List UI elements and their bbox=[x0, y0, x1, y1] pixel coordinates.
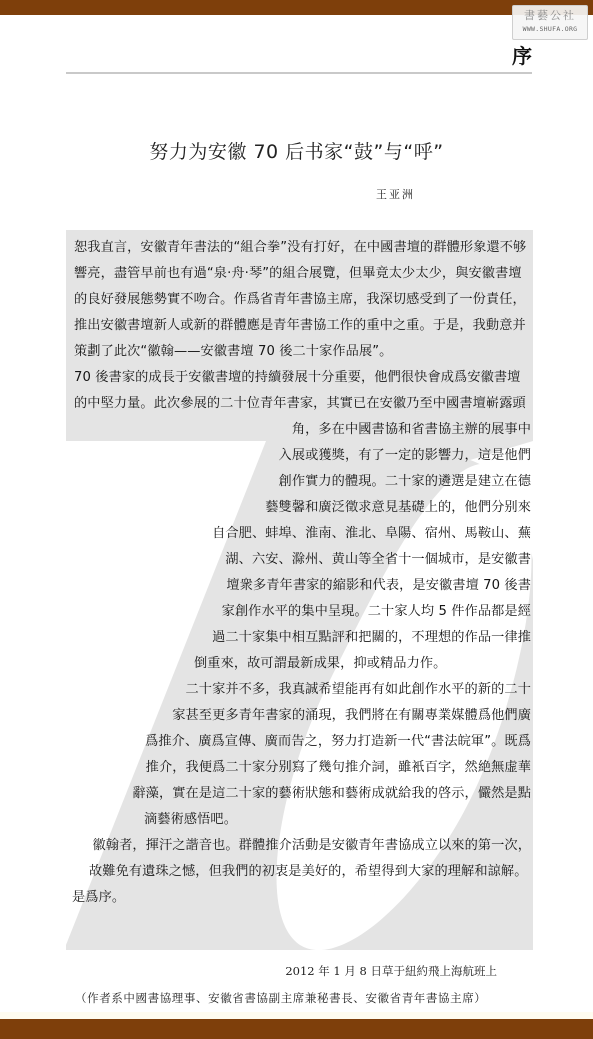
body-line: 二十家并不多，我真誠希望能再有如此創作水平的新的二十 bbox=[186, 677, 531, 703]
body-line: 角，多在中國書協和省書協主辦的展事中 bbox=[292, 417, 531, 443]
body-line: 推介，我便爲二十家分别寫了幾句推介詞，雖衹百字，然絶無虚華 bbox=[146, 755, 531, 781]
date-line: 2012 年 1 月 8 日草于紐約飛上海航班上 bbox=[285, 963, 497, 979]
body-line: 推出安徽書壇新人或新的群體應是青年書協工作的重中之重。于是，我動意并 bbox=[74, 313, 526, 339]
article-body: 恕我直言，安徽青年書法的“組合拳”没有打好，在中國書壇的群體形象還不够 響亮，盡… bbox=[66, 230, 534, 950]
body-line: 的中堅力量。此次參展的二十位青年書家，其實已在安徽乃至中國書壇嶄露頭 bbox=[74, 391, 526, 417]
bottom-cream-strip bbox=[0, 1012, 593, 1019]
author-footnote: （作者系中國書協理事、安徽省書協副主席兼秘書長、安徽省青年書協主席） bbox=[75, 990, 486, 1006]
bottom-border-bar bbox=[0, 1019, 593, 1039]
body-line: 是爲序。 bbox=[72, 885, 125, 911]
body-line: 創作實力的體現。二十家的遴選是建立在德 bbox=[279, 469, 531, 495]
body-line: 故難免有遺珠之憾，但我們的初衷是美好的，希望得到大家的理解和諒解。 bbox=[89, 859, 527, 885]
body-line: 響亮，盡管早前也有過“泉·舟·琴”的組合展覽，但畢竟太少太少，與安徽書壇 bbox=[74, 261, 522, 287]
body-line: 辭藻，實在是這二十家的藝術狀態和藝術成就給我的啓示，儼然是點 bbox=[132, 781, 531, 807]
body-line: 藝雙馨和廣泛徵求意見基礎上的，他們分别來 bbox=[265, 495, 531, 521]
body-line: 70 後書家的成長于安徽書壇的持續發展十分重要，他們很快會成爲安徽書壇 bbox=[74, 365, 520, 391]
body-line: 過二十家集中相互點評和把關的，不理想的作品一律推 bbox=[212, 625, 531, 651]
body-line: 的良好發展態勢實不吻合。作爲省青年書協主席，我深切感受到了一份責任， bbox=[74, 287, 526, 313]
body-line: 壇衆多青年書家的縮影和代表，是安徽書壇 70 後書 bbox=[226, 573, 531, 599]
body-line: 爲推介、廣爲宣傳、廣而告之，努力打造新一代“書法皖軍”。既爲 bbox=[145, 729, 531, 755]
body-line: 家甚至更多青年書家的涌現，我們將在有關專業媒體爲他們廣 bbox=[172, 703, 531, 729]
body-line: 入展或獲獎，有了一定的影響力，這是他們 bbox=[279, 443, 531, 469]
body-line: 策劃了此次“徽翰——安徽書壇 70 後二十家作品展”。 bbox=[74, 339, 392, 365]
body-line: 自合肥、蚌埠、淮南、淮北、阜陽、宿州、馬鞍山、蕪 bbox=[212, 521, 531, 547]
body-line: 家創作水平的集中呈現。二十家人均 5 件作品都是經 bbox=[222, 599, 531, 625]
body-line: 倒重來，故可謂最新成果，抑或精品力作。 bbox=[194, 651, 446, 677]
body-line: 徽翰者，揮汗之諧音也。群體推介活動是安徽青年書協成立以來的第一次， bbox=[93, 833, 531, 859]
body-line: 湖、六安、滁州、黄山等全省十一個城市，是安徽書 bbox=[225, 547, 531, 573]
body-line: 滴藝術感悟吧。 bbox=[144, 807, 237, 833]
body-line: 恕我直言，安徽青年書法的“組合拳”没有打好，在中國書壇的群體形象還不够 bbox=[74, 235, 526, 261]
